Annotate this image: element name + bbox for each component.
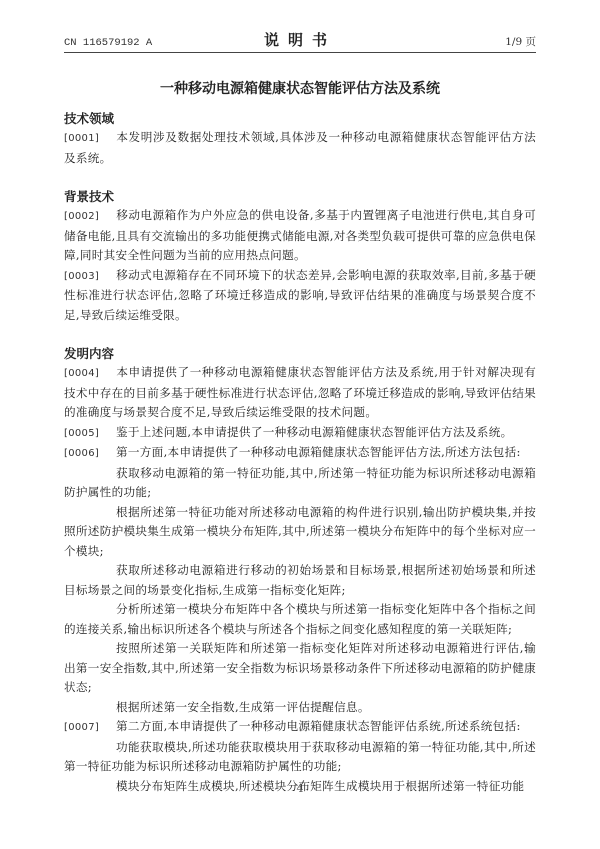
paragraph-number: [0001] — [64, 129, 116, 149]
method-step-4: 分析所述第一模块分布矩阵中各个模块与所述第一指标变化矩阵中各个指标之间的连接关系… — [64, 600, 536, 639]
method-step-6: 根据所述第一安全指数,生成第一评估提醒信息。 — [64, 698, 536, 718]
paragraph-number: [0007] — [64, 718, 116, 738]
paragraph-text: 第二方面,本申请提供了一种移动电源箱健康状态智能评估系统,所述系统包括: — [116, 719, 521, 733]
section-heading-background: 背景技术 — [64, 187, 536, 206]
method-step-3: 获取所述移动电源箱进行移动的初始场景和目标场景,根据所述初始场景和所述目标场景之… — [64, 561, 536, 600]
paragraph-text: 鉴于上述问题,本申请提供了一种移动电源箱健康状态智能评估方法及系统。 — [116, 425, 512, 439]
method-step-2: 根据所述第一特征功能对所述移动电源箱的构件进行识别,输出防护模块集,并按照所述防… — [64, 503, 536, 562]
paragraph-text: 本申请提供了一种移动电源箱健康状态智能评估方法及系统,用于针对解决现有技术中存在… — [64, 365, 536, 419]
page-number: 4 — [0, 782, 600, 795]
paragraph-0007: [0007]第二方面,本申请提供了一种移动电源箱健康状态智能评估系统,所述系统包… — [64, 717, 536, 738]
paragraph-text: 第一方面,本申请提供了一种移动电源箱健康状态智能评估方法,所述方法包括: — [116, 445, 521, 459]
section-heading-technical-field: 技术领域 — [64, 109, 536, 128]
paragraph-0002: [0002]移动电源箱作为户外应急的供电设备,多基于内置锂离子电池进行供电,其自… — [64, 206, 536, 266]
paragraph-0005: [0005]鉴于上述问题,本申请提供了一种移动电源箱健康状态智能评估方法及系统。 — [64, 423, 536, 444]
paragraph-0001: [0001]本发明涉及数据处理技术领域,具体涉及一种移动电源箱健康状态智能评估方… — [64, 128, 536, 168]
system-module-1: 功能获取模块,所述功能获取模块用于获取移动电源箱的第一特征功能,其中,所述第一特… — [64, 738, 536, 777]
method-step-1: 获取移动电源箱的第一特征功能,其中,所述第一特征功能为标识所述移动电源箱防护属性… — [64, 464, 536, 503]
document-title: 一种移动电源箱健康状态智能评估方法及系统 — [0, 78, 600, 98]
paragraph-number: [0006] — [64, 444, 116, 464]
paragraph-0004: [0004]本申请提供了一种移动电源箱健康状态智能评估方法及系统,用于针对解决现… — [64, 363, 536, 423]
paragraph-0003: [0003]移动式电源箱存在不同环境下的状态差异,会影响电源的获取效率,目前,多… — [64, 266, 536, 326]
section-heading-summary: 发明内容 — [64, 344, 536, 363]
paragraph-text: 移动电源箱作为户外应急的供电设备,多基于内置锂离子电池进行供电,其自身可储备电能… — [64, 208, 536, 262]
method-step-5: 按照所述第一关联矩阵和所述第一指标变化矩阵对所述移动电源箱进行评估,输出第一安全… — [64, 639, 536, 698]
paragraph-text: 本发明涉及数据处理技术领域,具体涉及一种移动电源箱健康状态智能评估方法及系统。 — [64, 130, 536, 165]
page-header: CN 116579192 A 说明书 1/9 页 — [64, 30, 536, 53]
paragraph-text: 移动式电源箱存在不同环境下的状态差异,会影响电源的获取效率,目前,多基于硬性标准… — [64, 268, 536, 322]
document-body: 技术领域 [0001]本发明涉及数据处理技术领域,具体涉及一种移动电源箱健康状态… — [64, 109, 536, 796]
paragraph-0006: [0006]第一方面,本申请提供了一种移动电源箱健康状态智能评估方法,所述方法包… — [64, 443, 536, 464]
paragraph-number: [0004] — [64, 364, 116, 384]
paragraph-number: [0005] — [64, 424, 116, 444]
section-title: 说明书 — [64, 29, 536, 50]
paragraph-number: [0003] — [64, 267, 116, 287]
paragraph-number: [0002] — [64, 207, 116, 227]
page-indicator: 1/9 页 — [505, 34, 536, 49]
